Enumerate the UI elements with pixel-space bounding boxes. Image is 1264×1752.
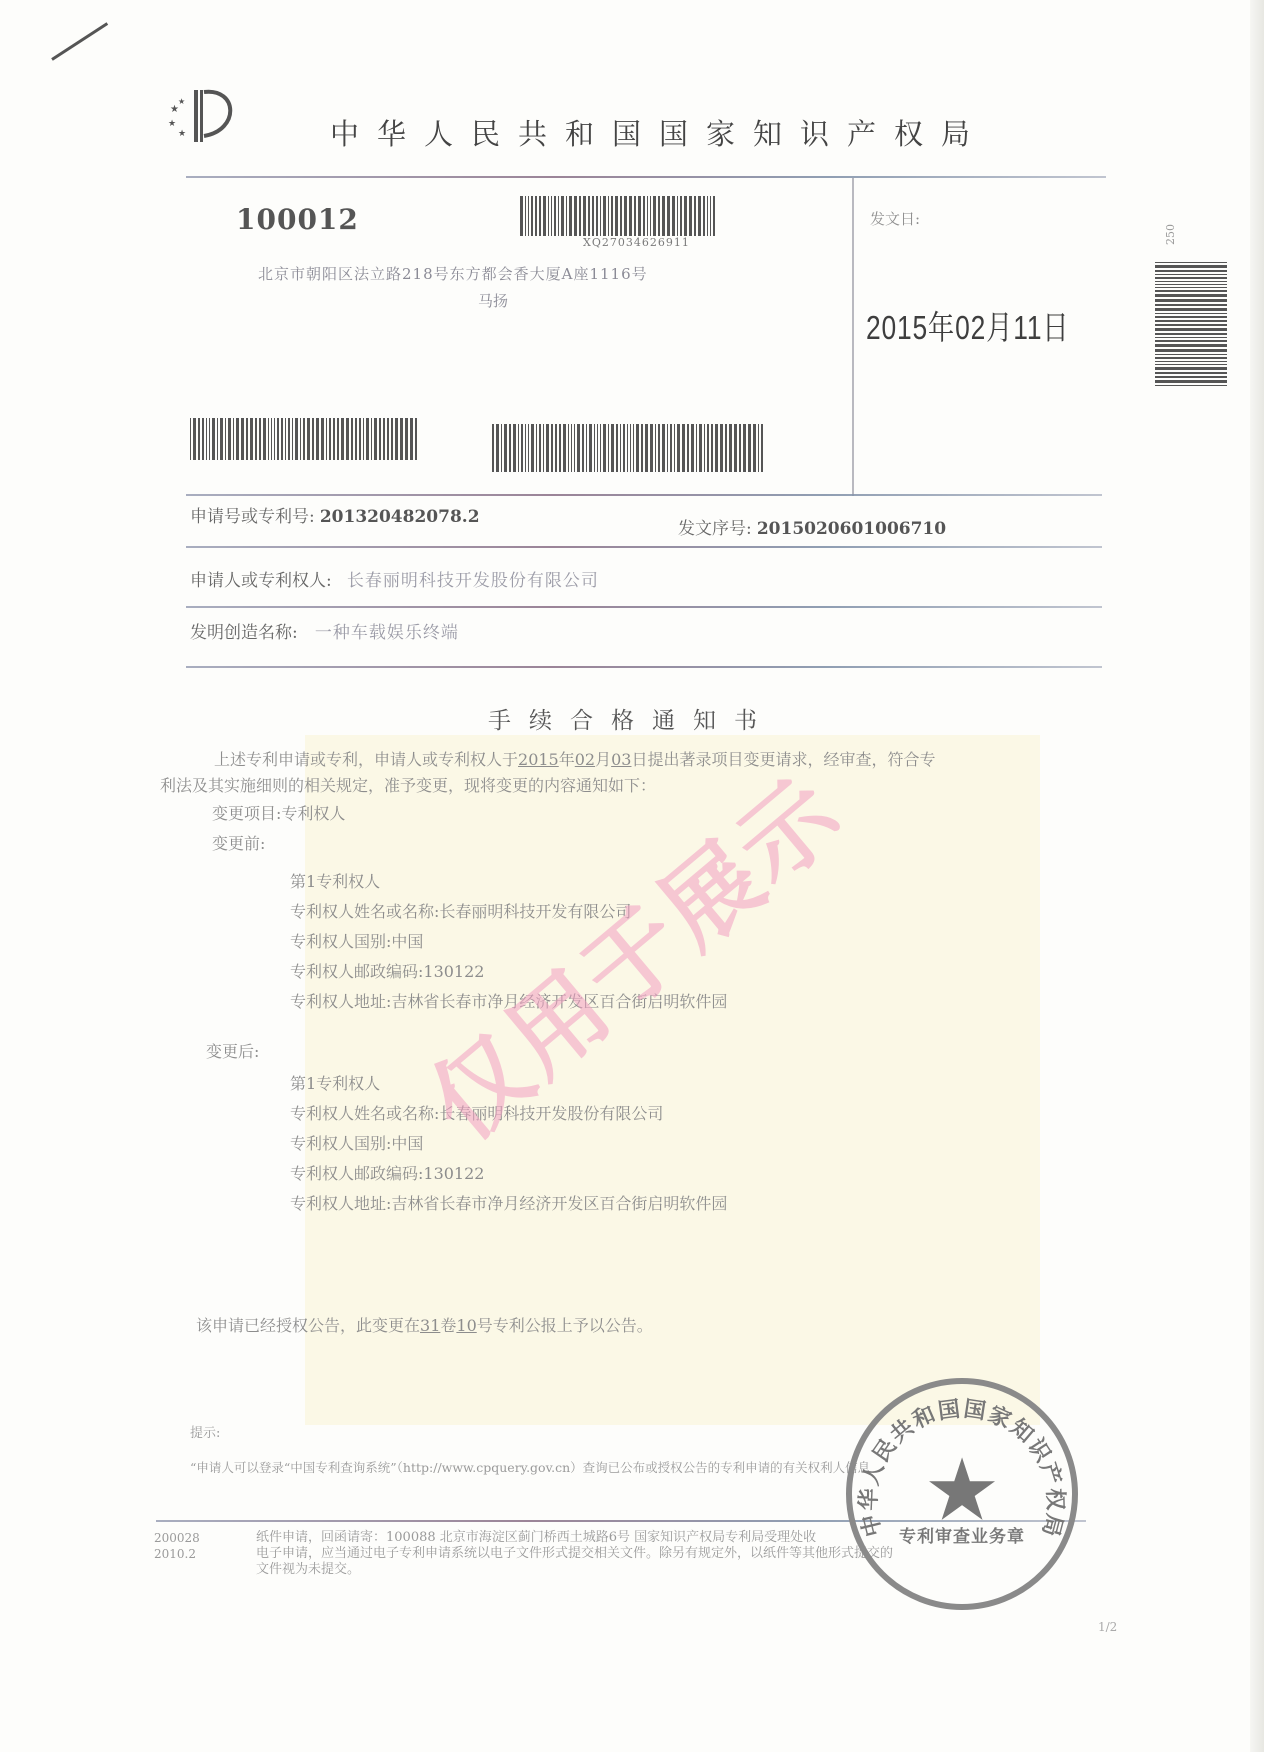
applicant-label: 申请人或专利权人: (190, 571, 332, 591)
divider (186, 176, 1106, 178)
para-text: 该申请已经授权公告，此变更在 (196, 1316, 420, 1335)
para-text: 号专利公报上予以公告。 (477, 1316, 653, 1335)
page-number: 1/2 (1098, 1620, 1117, 1634)
divider (186, 606, 1102, 608)
after-item: 专利权人邮政编码:130122 (290, 1166, 727, 1196)
footer-line: 文件视为未提交。 (256, 1562, 893, 1578)
publication-note: 该申请已经授权公告，此变更在31卷10号专利公报上予以公告。 (196, 1318, 653, 1334)
form-code-block: 200028 2010.2 (154, 1530, 200, 1562)
barcode-label: XQ27034626911 (583, 236, 690, 249)
applicant-row: 申请人或专利权人: 长春丽明科技开发股份有限公司 (190, 566, 599, 591)
application-no: 201320482078.2 (320, 507, 480, 527)
postcode: 100012 (236, 203, 359, 236)
issue-date-label: 发文日: (870, 208, 920, 229)
barcode-left (190, 418, 440, 460)
para-text: 卷 (440, 1316, 456, 1335)
sipo-logo-icon: ★ ★ ★ ★ (168, 86, 248, 146)
footer-line: 电子申请，应当通过电子专利申请系统以电子文件形式提交相关文件。除另有规定外，以纸… (256, 1546, 893, 1562)
invention-title: 一种车载娱乐终端 (315, 623, 459, 643)
application-no-label: 申请号或专利号: (190, 507, 315, 527)
issue-date: 2015年02月11日 (866, 302, 1070, 349)
agency-name: 中华人民共和国国家知识产权局 (330, 112, 988, 153)
svg-text:★: ★ (178, 129, 186, 139)
invention-label: 发明创造名称: (190, 623, 298, 643)
para-text: 上述专利申请或专利，申请人或专利权人于 (214, 750, 518, 769)
invention-row: 发明创造名称: 一种车载娱乐终端 (190, 618, 459, 643)
seal-bottom-text: 专利审查业务章 (899, 1522, 1025, 1547)
para-text: 月 (595, 750, 611, 769)
after-item: 专利权人地址:吉林省长春市净月经济开发区百合街启明软件园 (290, 1196, 727, 1226)
official-seal: 中华人民共和国国家知识产权局 ★ 专利审查业务章 (846, 1378, 1078, 1610)
notice-title: 手续合格通知书 (488, 702, 775, 735)
form-date: 2010.2 (154, 1546, 200, 1562)
request-day: 03 (611, 750, 631, 769)
application-no-row: 申请号或专利号: 201320482078.2 (190, 502, 480, 527)
gazette-issue: 10 (456, 1316, 476, 1335)
serial-no-label: 发文序号: (678, 519, 752, 539)
serial-no: 2015020601006710 (757, 519, 946, 539)
request-month: 02 (575, 750, 595, 769)
footer-line: 纸件申请，回函请寄：100088 北京市海淀区蓟门桥西土城路6号 国家知识产权局… (256, 1530, 893, 1546)
applicant: 长春丽明科技开发股份有限公司 (347, 571, 599, 591)
before-label: 变更前: (212, 836, 265, 852)
after-label: 变更后: (206, 1044, 259, 1060)
svg-text:★: ★ (178, 97, 185, 106)
side-barcode (1155, 262, 1227, 386)
svg-text:★: ★ (168, 119, 176, 129)
scan-edge (1250, 0, 1264, 1752)
tip-text: “申请人可以登录“中国专利查询系统”（http://www.cpquery.go… (190, 1460, 870, 1476)
barcode-right (492, 424, 792, 472)
scan-mark (51, 22, 108, 60)
mailing-address: 北京市朝阳区法立路218号东方都会香大厦A座1116号 (258, 263, 648, 284)
side-label: 250 (1164, 224, 1177, 245)
mail-barcode (520, 196, 756, 236)
tip-label: 提示: (190, 1426, 220, 1442)
notice-paragraph-line1: 上述专利申请或专利，申请人或专利权人于2015年02月03日提出著录项目变更请求… (214, 752, 936, 768)
divider (186, 494, 1102, 496)
request-year: 2015 (518, 750, 559, 769)
divider (852, 178, 854, 496)
mailing-recipient: 马扬 (478, 290, 508, 311)
divider (186, 666, 1102, 668)
para-text: 年 (559, 750, 575, 769)
notice-paragraph-line2: 利法及其实施细则的相关规定，准予变更，现将变更的内容通知如下： (160, 778, 656, 794)
change-item: 变更项目:专利权人 (212, 806, 345, 822)
footer-notes: 纸件申请，回函请寄：100088 北京市海淀区蓟门桥西土城路6号 国家知识产权局… (256, 1530, 893, 1578)
star-icon: ★ (923, 1448, 1000, 1534)
gazette-volume: 31 (420, 1316, 440, 1335)
divider (186, 546, 1102, 548)
form-code: 200028 (154, 1530, 200, 1546)
serial-no-row: 发文序号: 2015020601006710 (678, 514, 946, 539)
